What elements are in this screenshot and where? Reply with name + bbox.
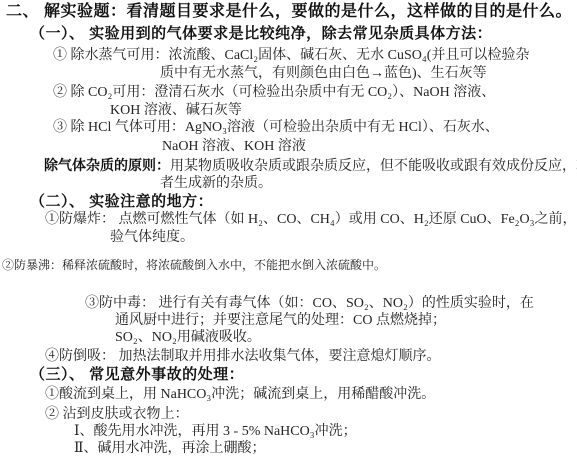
s1-item1-line1: ① 除水蒸气可用：浓流酸、CaCl₂固体、碱石灰、无水 CuSO₄(并且可以检验… — [53, 48, 529, 64]
s1-principle-line1: 除气体杂质的原则：用某物质吸收杂质或跟杂质反应，但不能吸收或跟有效成份反应，或 — [44, 157, 577, 175]
document-page: 二、 解实验题：看清题目要求是什么，要做的是什么，这样做的目的是什么。 （一）、… — [0, 0, 577, 462]
s2-item4: ④防倒吸： 加热法制取并用排水法收集气体，要注意熄灯顺序。 — [45, 349, 441, 365]
s2-item3-line2: 通风厨中进行；并要注意尾气的处理：CO 点燃烧掉； — [115, 313, 446, 329]
s2-item1-line1: ①防爆炸： 点燃可燃性气体（如 H₂、CO、CH₄）或用 CO、H₂还原 CuO… — [45, 212, 577, 228]
s1-item3-line2: NaOH 溶液、KOH 溶液 — [162, 139, 306, 155]
s2-item1-line2: 验气体纯度。 — [110, 230, 194, 246]
s1-item3-line1: ③ 除 HCl 气体可用：AgNO₃溶液（可检验出杂质中有无 HCl）、石灰水、 — [53, 120, 499, 136]
s1-principle-line2: 者生成新的杂质。 — [160, 176, 272, 192]
section-1-heading: （一）、 实验用到的气体要求是比较纯净，除去常见杂质具体方法： — [30, 25, 492, 43]
s3-item2-head: ② 沾到皮肤或衣物上： — [45, 407, 189, 423]
s1-principle-text: 用某物质吸收杂质或跟杂质反应，但不能吸收或跟有效成份反应，或 — [170, 159, 577, 174]
s2-item2: ②防暴沸：稀释浓硫酸时，将浓硫酸倒入水中，不能把水倒入浓硫酸中。 — [2, 258, 386, 272]
s1-item1-line2: 质中有无水蒸气，有则颜色由白色→蓝色)、生石灰等 — [160, 66, 487, 82]
s1-item2-line1: ② 除 CO₂可用：澄清石灰水（可检验出杂质中有无 CO₂）、NaOH 溶液、 — [53, 85, 495, 101]
s2-item3-line3: SO₂、NO₂用碱液吸收。 — [115, 330, 261, 346]
s3-item2-sub2: Ⅱ、碱用水冲洗，再涂上硼酸； — [74, 441, 266, 457]
section-3-heading: （三）、 常见意外事故的处理： — [30, 366, 244, 384]
section-2-heading: （二）、 实验注意的地方： — [30, 193, 213, 211]
s1-principle-label: 除气体杂质的原则： — [44, 157, 170, 173]
s2-item3-line1: ③防中毒： 进行有关有毒气体（如：CO、SO₂、NO₂）的性质实验时，在 — [85, 296, 534, 312]
s1-item2-line2: KOH 溶液、碱石灰等 — [110, 103, 242, 119]
s3-item2-sub1: Ⅰ、酸先用水冲洗，再用 3 - 5% NaHCO₃冲洗； — [74, 424, 357, 440]
doc-heading: 二、 解实验题：看清题目要求是什么，要做的是什么，这样做的目的是什么。 — [6, 3, 572, 21]
s3-item1: ①酸流到桌上，用 NaHCO₃冲洗；碱流到桌上，用稀醋酸冲洗。 — [45, 387, 435, 403]
